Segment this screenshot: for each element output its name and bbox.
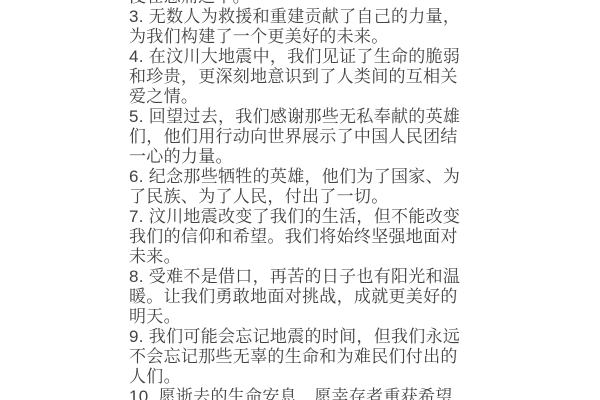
text-line: 一心的力量。 — [129, 147, 479, 167]
text-line: 4. 在汶川大地震中，我们见证了生命的脆弱 — [129, 47, 479, 67]
text-line: 9. 我们可能会忘记地震的时间，但我们永远 — [129, 327, 479, 347]
text-line: 5. 回望过去，我们感谢那些无私奉献的英雄 — [129, 107, 479, 127]
text-line: 为我们构建了一个更美好的未来。 — [129, 27, 479, 47]
text-line: 3. 无数人为救援和重建贡献了自己的力量， — [129, 7, 479, 27]
text-column: 浸在悲痛之中。3. 无数人为救援和重建贡献了自己的力量，为我们构建了一个更美好的… — [129, 0, 479, 400]
text-line: 10. 愿逝去的生命安息，愿幸存者重获希望 — [129, 387, 479, 400]
text-line: 6. 纪念那些牺牲的英雄，他们为了国家、为 — [129, 167, 479, 187]
text-line: 我们的信仰和希望。我们将始终坚强地面对 — [129, 227, 479, 247]
text-line: 了民族、为了人民，付出了一切。 — [129, 187, 479, 207]
text-line: 和珍贵，更深刻地意识到了人类间的互相关 — [129, 67, 479, 87]
document-page: 浸在悲痛之中。3. 无数人为救援和重建贡献了自己的力量，为我们构建了一个更美好的… — [0, 0, 600, 400]
text-line: 人们。 — [129, 367, 479, 387]
text-line: 7. 汶川地震改变了我们的生活，但不能改变 — [129, 207, 479, 227]
text-line: 明天。 — [129, 307, 479, 327]
text-line: 浸在悲痛之中。 — [129, 0, 479, 7]
text-line: 不会忘记那些无辜的生命和为难民们付出的 — [129, 347, 479, 367]
text-line: 爱之情。 — [129, 87, 479, 107]
text-line: 们，他们用行动向世界展示了中国人民团结 — [129, 127, 479, 147]
text-line: 8. 受难不是借口，再苦的日子也有阳光和温 — [129, 267, 479, 287]
text-line: 未来。 — [129, 247, 479, 267]
text-line: 暖。让我们勇敢地面对挑战，成就更美好的 — [129, 287, 479, 307]
